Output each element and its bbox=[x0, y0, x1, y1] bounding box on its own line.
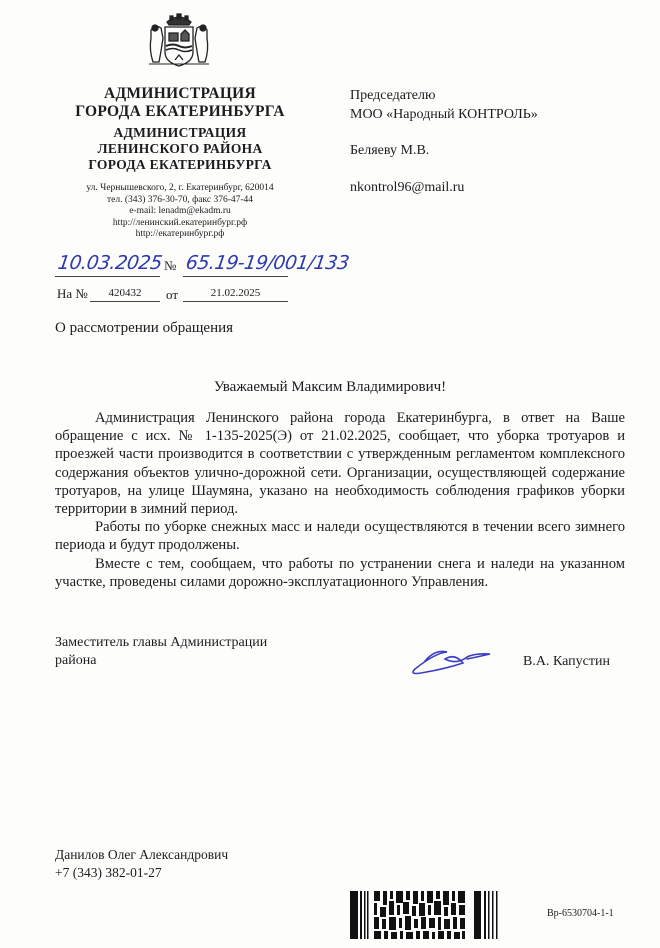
letter-subject: О рассмотрении обращения bbox=[55, 320, 233, 337]
org-contacts: ул. Чернышевского, 2, г. Екатеринбург, 6… bbox=[40, 183, 320, 241]
greeting: Уважаемый Максим Владимирович! bbox=[0, 379, 660, 396]
recipient-organization: МОО «Народный КОНТРОЛЬ» bbox=[350, 106, 538, 125]
pdf417-barcode-icon bbox=[350, 891, 508, 939]
body-paragraph: Администрация Ленинского района города Е… bbox=[55, 409, 625, 518]
signatory-name: В.А. Капустин bbox=[523, 654, 610, 670]
org-phone: тел. (343) 376-30-70, факс 376-47-44 bbox=[40, 195, 320, 207]
recipient-title: Председателю bbox=[350, 87, 538, 106]
executor-name: Данилов Олег Александрович bbox=[55, 846, 228, 864]
outgoing-date: 10.03.2025 bbox=[56, 252, 163, 274]
number-label: № bbox=[164, 258, 176, 274]
sub-org-line-2: ЛЕНИНСКОГО РАЙОНА bbox=[40, 141, 320, 157]
from-label: от bbox=[166, 287, 178, 303]
executor-phone: +7 (343) 382-01-27 bbox=[55, 864, 228, 882]
body-paragraph: Вместе с тем, сообщаем, что работы по ус… bbox=[55, 555, 625, 591]
from-date-field: 21.02.2025 bbox=[183, 283, 288, 302]
executor-block: Данилов Олег Александрович +7 (343) 382-… bbox=[55, 846, 228, 882]
sub-org-line-1: АДМИНИСТРАЦИЯ bbox=[40, 125, 320, 141]
recipient-block: Председателю МОО «Народный КОНТРОЛЬ» Бел… bbox=[350, 87, 538, 197]
coat-of-arms-icon bbox=[143, 8, 215, 70]
org-email: e-mail: lenadm@ekadm.ru bbox=[40, 206, 320, 218]
outgoing-number-field: 65.19-19/001/133 bbox=[183, 252, 288, 277]
org-title-line-1: АДМИНИСТРАЦИЯ bbox=[40, 85, 320, 103]
org-site-2: http://екатеринбург.рф bbox=[40, 229, 320, 241]
handwritten-signature-icon bbox=[405, 643, 500, 677]
org-title-line-2: ГОРОДА ЕКАТЕРИНБУРГА bbox=[40, 103, 320, 121]
outgoing-number: 65.19-19/001/133 bbox=[184, 252, 350, 274]
outgoing-date-field: 10.03.2025 bbox=[55, 252, 160, 277]
recipient-email: nkontrol96@mail.ru bbox=[350, 179, 538, 198]
position-line-2: района bbox=[55, 652, 267, 670]
reply-to-number: 420432 bbox=[109, 287, 142, 299]
sub-org-line-3: ГОРОДА ЕКАТЕРИНБУРГА bbox=[40, 157, 320, 173]
recipient-name: Беляеву М.В. bbox=[350, 142, 538, 161]
reply-to-label: На № bbox=[57, 286, 88, 302]
from-date: 21.02.2025 bbox=[211, 287, 261, 299]
letter-body: Администрация Ленинского района города Е… bbox=[55, 409, 625, 591]
registration-code: Вр-6530704-1-1 bbox=[547, 908, 614, 919]
org-address: ул. Чернышевского, 2, г. Екатеринбург, 6… bbox=[40, 183, 320, 195]
signatory-position: Заместитель главы Администрации района bbox=[55, 634, 267, 670]
reply-to-field: 420432 bbox=[90, 283, 160, 302]
org-site-1: http://ленинский.екатеринбург.рф bbox=[40, 218, 320, 230]
position-line-1: Заместитель главы Администрации bbox=[55, 634, 267, 652]
body-paragraph: Работы по уборке снежных масс и наледи о… bbox=[55, 518, 625, 554]
